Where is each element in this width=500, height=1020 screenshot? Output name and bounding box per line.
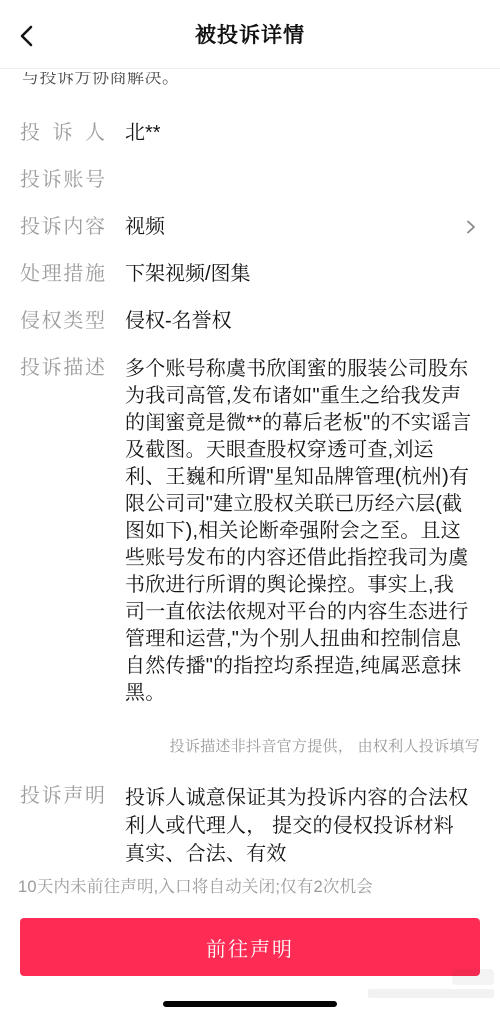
page-title: 被投诉详情 xyxy=(195,19,305,49)
field-row-statement: 投诉声明 投诉人诚意保证其为投诉内容的合法权利人或代理人， 提交的侵权投诉材料真… xyxy=(20,784,480,868)
description-disclaimer: 投诉描述非抖音官方提供， 由权利人投诉填写 xyxy=(20,735,480,756)
home-indicator-bar[interactable] xyxy=(163,1001,337,1007)
deadline-warning: 10天内未前往声明,入口将自动关闭;仅有2次机会 xyxy=(0,873,500,897)
field-row-description: 投诉描述 多个账号称虞书欣闺蜜的服装公司股东为我司高管,发布诸如"重生之给我发声… xyxy=(20,356,480,707)
complaint-detail-page: 被投诉详情 与投诉方协商解决。 投诉人 北** 投诉账号 投诉内容 视频 处理措… xyxy=(0,0,500,1020)
field-label: 投诉描述 xyxy=(20,356,105,380)
chevron-left-icon xyxy=(16,24,38,51)
field-label: 侵权类型 xyxy=(20,309,105,333)
field-label: 投诉内容 xyxy=(20,215,105,239)
form-content: 投诉人 北** 投诉账号 投诉内容 视频 处理措施 下架视频/图集 侵权类型 侵… xyxy=(0,121,500,868)
field-row-complainant: 投诉人 北** xyxy=(20,121,480,145)
field-value: 侵权-名誉权 xyxy=(125,309,232,333)
field-label: 投诉人 xyxy=(20,121,105,145)
field-label: 处理措施 xyxy=(20,262,105,286)
description-text: 多个账号称虞书欣闺蜜的服装公司股东为我司高管,发布诸如"重生之给我发声的闺蜜竟是… xyxy=(125,356,473,707)
field-row-infringement-type: 侵权类型 侵权-名誉权 xyxy=(20,309,480,333)
watermark-badge xyxy=(452,969,494,985)
field-value: 视频 xyxy=(125,215,165,239)
field-row-account: 投诉账号 xyxy=(20,168,480,192)
field-value: 北** xyxy=(125,121,161,145)
field-row-content[interactable]: 投诉内容 视频 xyxy=(20,215,480,239)
go-to-statement-button[interactable]: 前往声明 xyxy=(20,918,480,976)
scrolled-partial-text: 与投诉方协商解决。 xyxy=(22,72,500,88)
field-value: 下架视频/图集 xyxy=(125,262,251,286)
field-label: 投诉账号 xyxy=(20,168,105,192)
back-button[interactable] xyxy=(16,22,46,52)
field-row-measure: 处理措施 下架视频/图集 xyxy=(20,262,480,286)
field-label: 投诉声明 xyxy=(20,784,105,808)
statement-text: 投诉人诚意保证其为投诉内容的合法权利人或代理人， 提交的侵权投诉材料真实、合法、… xyxy=(125,784,473,868)
watermark-text xyxy=(368,989,494,998)
chevron-right-icon xyxy=(462,218,480,236)
app-bar: 被投诉详情 xyxy=(0,0,500,69)
